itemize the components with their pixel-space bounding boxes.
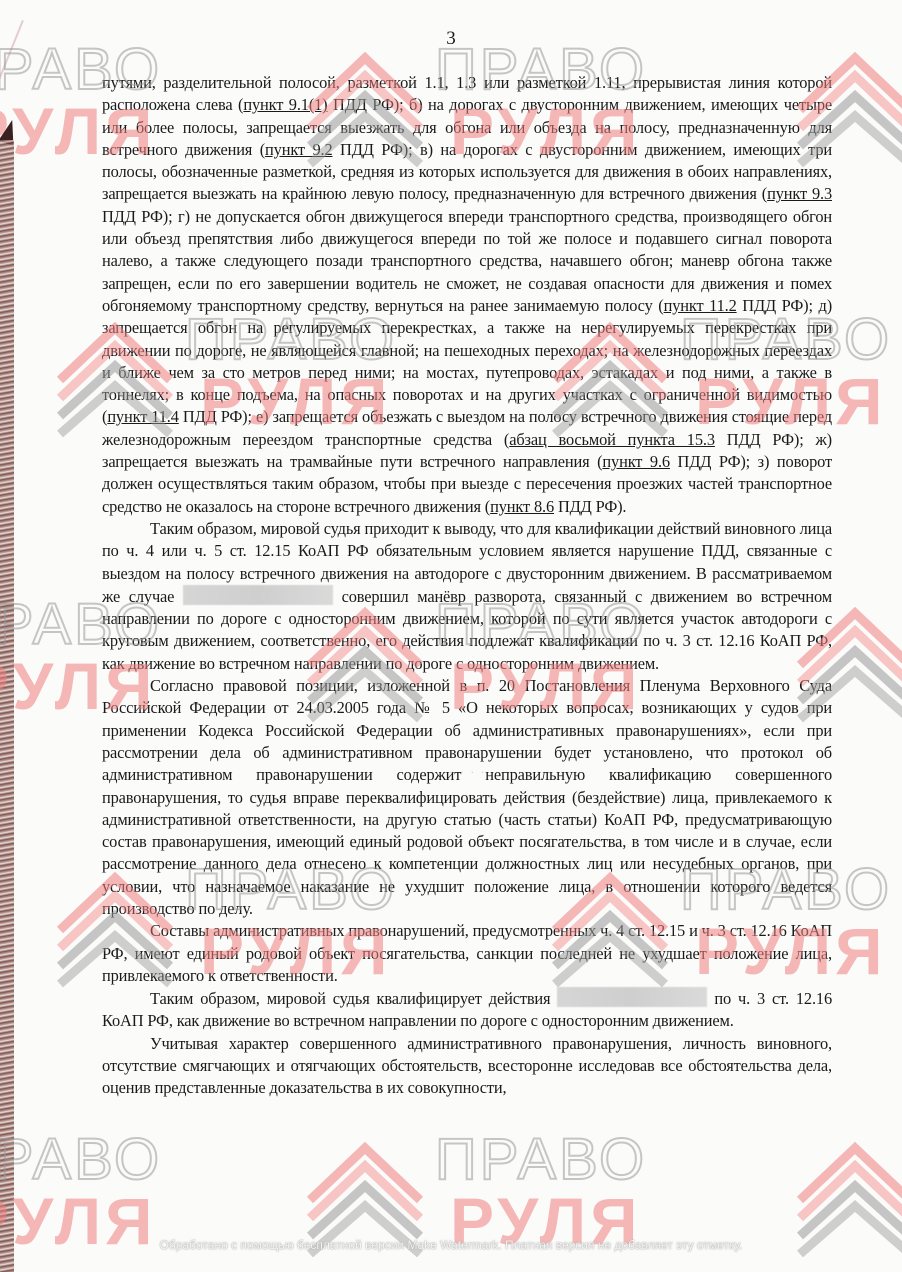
document-body: путями, разделительной полосой, разметко… bbox=[102, 72, 832, 1100]
faint-stamp: · · · · bbox=[450, 768, 486, 779]
legal-reference-link[interactable]: пункт 9.3 bbox=[767, 184, 832, 203]
paragraph: Согласно правовой позиции, изложенной в … bbox=[102, 675, 832, 920]
watermark-footer-note: Обработано с помощью бесплатной версии M… bbox=[0, 1238, 902, 1252]
watermark-text-pravo: ПРАВО bbox=[0, 1130, 162, 1190]
paragraph: Составы административных правонарушений,… bbox=[102, 920, 832, 987]
watermark-text-pravo: ПРАВО bbox=[435, 1130, 647, 1190]
page-number: 3 bbox=[0, 28, 902, 50]
legal-reference-link[interactable]: пункт 8.6 bbox=[490, 497, 554, 516]
legal-reference-link[interactable]: пункт 9.6 bbox=[602, 452, 670, 471]
paragraph: Учитывая характер совершенного администр… bbox=[102, 1033, 832, 1100]
legal-reference-link[interactable]: пункт 11.2 bbox=[664, 296, 737, 315]
legal-reference-link[interactable]: пункт 11.4 bbox=[107, 407, 178, 426]
legal-reference-link[interactable]: пункт 9.1(1) bbox=[243, 95, 327, 114]
paragraph: Таким образом, мировой судья квалифициру… bbox=[102, 987, 832, 1033]
legal-reference-link[interactable]: пункт 9.2 bbox=[265, 140, 332, 159]
redacted-name bbox=[183, 585, 333, 605]
paragraph: путями, разделительной полосой, разметко… bbox=[102, 72, 832, 518]
legal-reference-link[interactable]: абзац восьмой пункта 15.3 bbox=[509, 430, 715, 449]
page-edge-strip bbox=[0, 140, 14, 1272]
paragraph: Таким образом, мировой судья приходит к … bbox=[102, 518, 832, 675]
redacted-name bbox=[557, 987, 707, 1007]
